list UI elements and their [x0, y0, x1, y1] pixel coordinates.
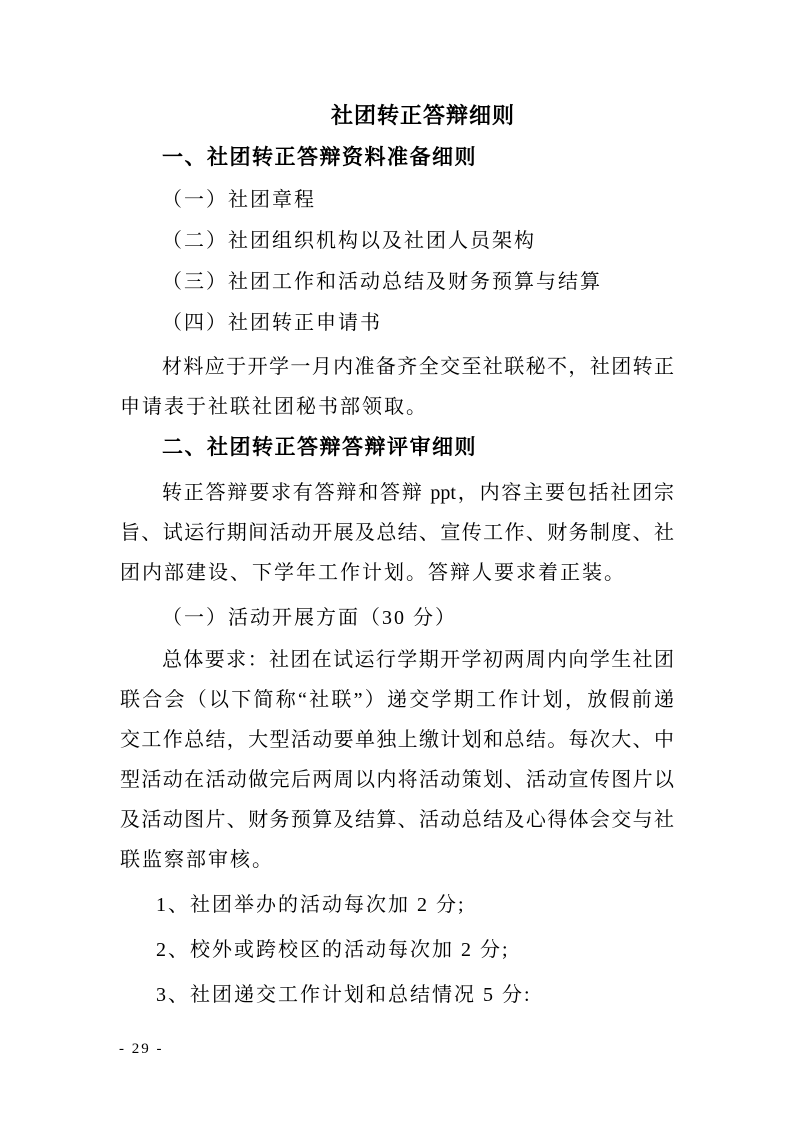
scoring-rule-1: 1、社团举办的活动每次加 2 分;: [156, 885, 466, 925]
scoring-rule-3: 3、社团递交工作计划和总结情况 5 分:: [156, 975, 532, 1015]
subsection1-requirement-line-1: 总体要求：社团在试运行学期开学初两周内向学生社团: [162, 640, 674, 680]
section2-heading: 二、社团转正答辩答辩评审细则: [162, 428, 477, 468]
subsection1-requirement-line-6: 联监察部审核。: [120, 840, 274, 880]
section1-item-3: （三）社团工作和活动总结及财务预算与结算: [162, 262, 602, 302]
subsection1-requirement-line-2: 联合会（以下简称“社联”）递交学期工作计划，放假前递: [120, 680, 674, 720]
subsection1-requirement-line-3: 交工作总结，大型活动要单独上缴计划和总结。每次大、中: [120, 720, 674, 760]
subsection1-heading: （一）活动开展方面（30 分）: [162, 598, 457, 638]
section2-intro-line-3: 团内部建设、下学年工作计划。答辩人要求着正装。: [120, 553, 626, 593]
page-number: - 29 -: [119, 1038, 164, 1060]
subsection1-requirement-line-5: 及活动图片、财务预算及结算、活动总结及心得体会交与社: [120, 800, 674, 840]
section1-item-1: （一）社团章程: [162, 180, 316, 220]
document-page: 社团转正答辩细则 一、社团转正答辩资料准备细则 （一）社团章程 （二）社团组织机…: [0, 0, 793, 1122]
subsection1-requirement-line-4: 型活动在活动做完后两周以内将活动策划、活动宣传图片以: [120, 760, 674, 800]
section2-intro-line-2: 旨、试运行期间活动开展及总结、宣传工作、财务制度、社: [120, 513, 674, 553]
section1-paragraph-line-2: 申请表于社联社团秘书部领取。: [120, 387, 428, 427]
section1-paragraph-line-1: 材料应于开学一月内准备齐全交至社联秘不，社团转正: [162, 347, 674, 387]
scoring-rule-2: 2、校外或跨校区的活动每次加 2 分;: [156, 930, 510, 970]
document-title: 社团转正答辩细则: [120, 96, 674, 136]
section2-intro-line-1: 转正答辩要求有答辩和答辩 ppt，内容主要包括社团宗: [162, 473, 674, 513]
section1-item-4: （四）社团转正申请书: [162, 303, 382, 343]
section1-item-2: （二）社团组织机构以及社团人员架构: [162, 221, 536, 261]
section1-heading: 一、社团转正答辩资料准备细则: [162, 138, 477, 178]
